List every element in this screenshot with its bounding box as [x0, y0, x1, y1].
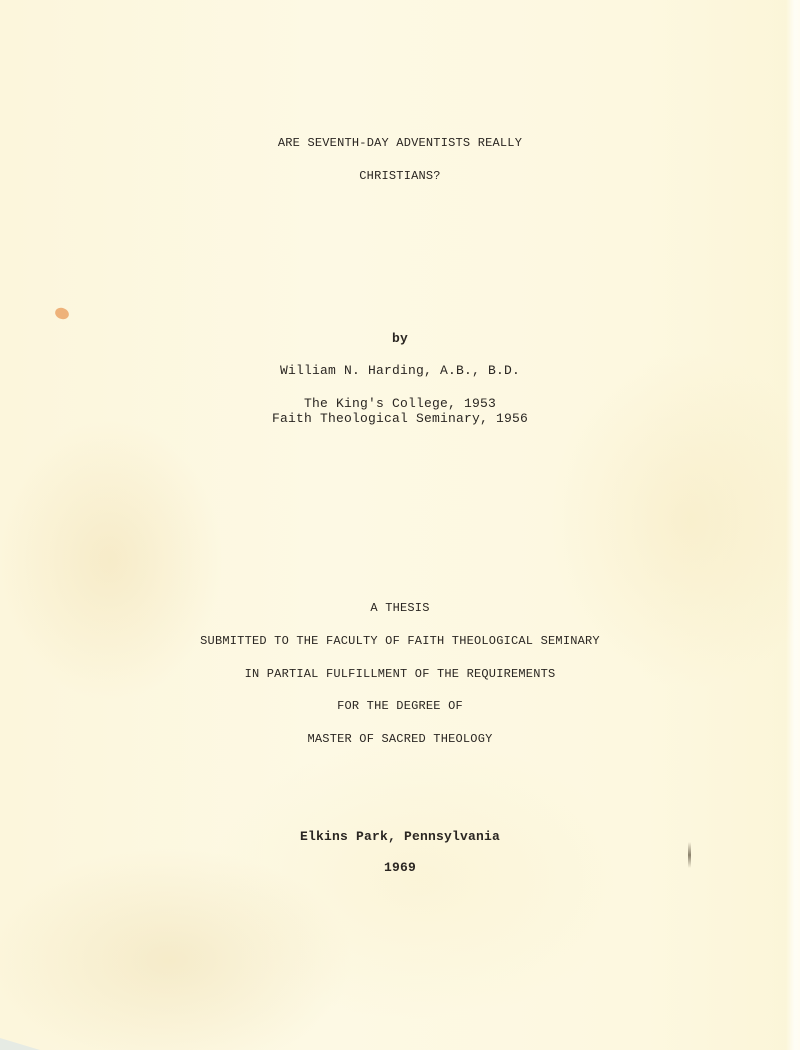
submission-line: SUBMITTED TO THE FACULTY OF FAITH THEOLO… [0, 634, 800, 648]
fulfillment-line: IN PARTIAL FULFILLMENT OF THE REQUIREMEN… [0, 667, 800, 681]
thesis-title-line-2: CHRISTIANS? [0, 169, 800, 183]
credential-2: Faith Theological Seminary, 1956 [0, 411, 800, 426]
scanned-page: ARE SEVENTH-DAY ADVENTISTS REALLY CHRIST… [0, 0, 800, 1050]
degree-line: FOR THE DEGREE OF [0, 699, 800, 713]
author-name: William N. Harding, A.B., B.D. [0, 363, 800, 378]
location: Elkins Park, Pennsylvania [0, 829, 800, 844]
folded-corner [0, 1038, 40, 1050]
credential-1: The King's College, 1953 [0, 396, 800, 411]
paper-stain [54, 306, 71, 321]
degree-name: MASTER OF SACRED THEOLOGY [0, 732, 800, 746]
page-edge-highlight [786, 0, 800, 1050]
thesis-label: A THESIS [0, 601, 800, 615]
by-label: by [0, 331, 800, 346]
year: 1969 [0, 860, 800, 875]
thesis-title-line-1: ARE SEVENTH-DAY ADVENTISTS REALLY [0, 136, 800, 150]
